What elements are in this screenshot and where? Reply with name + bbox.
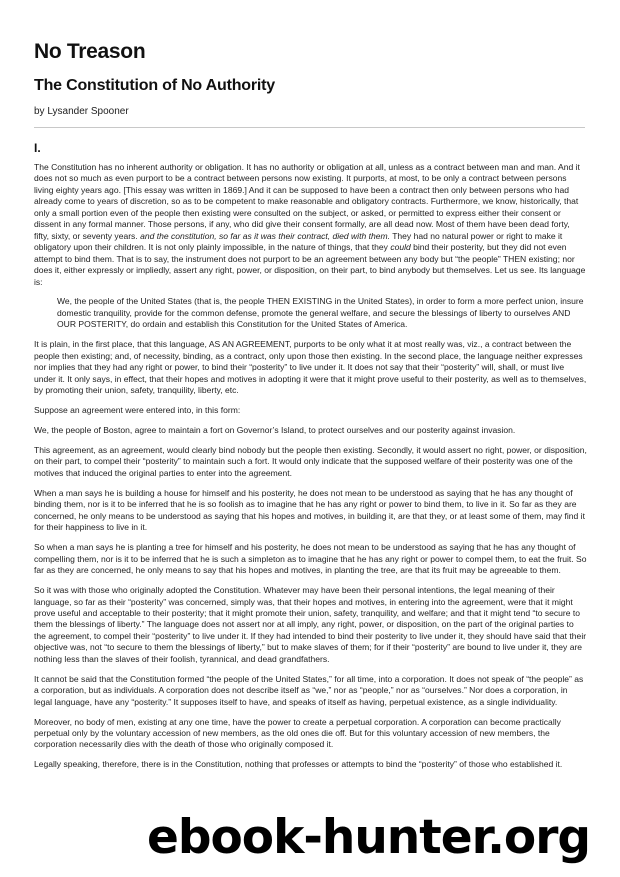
- paragraph-text: Legally speaking, therefore, there is in…: [34, 759, 562, 769]
- paragraph-text: So when a man says he is planting a tree…: [34, 542, 587, 575]
- watermark-text: ebook-hunter.org: [147, 810, 590, 866]
- document-title: No Treason: [34, 40, 145, 64]
- body-paragraph: It cannot be said that the Constitution …: [34, 674, 587, 708]
- body-paragraph: This agreement, as an agreement, would c…: [34, 445, 587, 479]
- body-paragraph: The Constitution has no inherent authori…: [34, 162, 587, 288]
- body-paragraph: Moreover, no body of men, existing at an…: [34, 717, 587, 751]
- paragraph-text: Moreover, no body of men, existing at an…: [34, 717, 561, 750]
- body-paragraph: It is plain, in the first place, that th…: [34, 339, 587, 396]
- paragraph-text: This agreement, as an agreement, would c…: [34, 445, 587, 478]
- body-paragraph: So it was with those who originally adop…: [34, 585, 587, 665]
- paragraph-text: The Constitution has no inherent authori…: [34, 162, 580, 241]
- body-paragraph: We, the people of Boston, agree to maint…: [34, 425, 587, 436]
- paragraph-text: It is plain, in the first place, that th…: [34, 339, 586, 395]
- emphasized-text: and the constitution, so far as it was t…: [140, 231, 390, 241]
- body-paragraph: When a man says he is building a house f…: [34, 488, 587, 534]
- emphasized-text: could: [390, 242, 410, 252]
- paragraph-text: So it was with those who originally adop…: [34, 585, 586, 664]
- body-paragraph: Legally speaking, therefore, there is in…: [34, 759, 587, 770]
- block-quote: We, the people of the United States (tha…: [57, 296, 587, 330]
- author-byline: by Lysander Spooner: [34, 106, 129, 117]
- body-paragraph: So when a man says he is planting a tree…: [34, 542, 587, 576]
- body-paragraph: Suppose an agreement were entered into, …: [34, 405, 587, 416]
- horizontal-divider: [34, 127, 585, 128]
- paragraph-text: When a man says he is building a house f…: [34, 488, 585, 532]
- paragraph-text: It cannot be said that the Constitution …: [34, 674, 583, 707]
- paragraph-text: Suppose an agreement were entered into, …: [34, 405, 240, 415]
- document-body: The Constitution has no inherent authori…: [34, 162, 587, 779]
- document-subtitle: The Constitution of No Authority: [34, 77, 275, 95]
- paragraph-text: We, the people of the United States (tha…: [57, 296, 584, 329]
- paragraph-text: We, the people of Boston, agree to maint…: [34, 425, 515, 435]
- section-heading: I.: [34, 141, 41, 155]
